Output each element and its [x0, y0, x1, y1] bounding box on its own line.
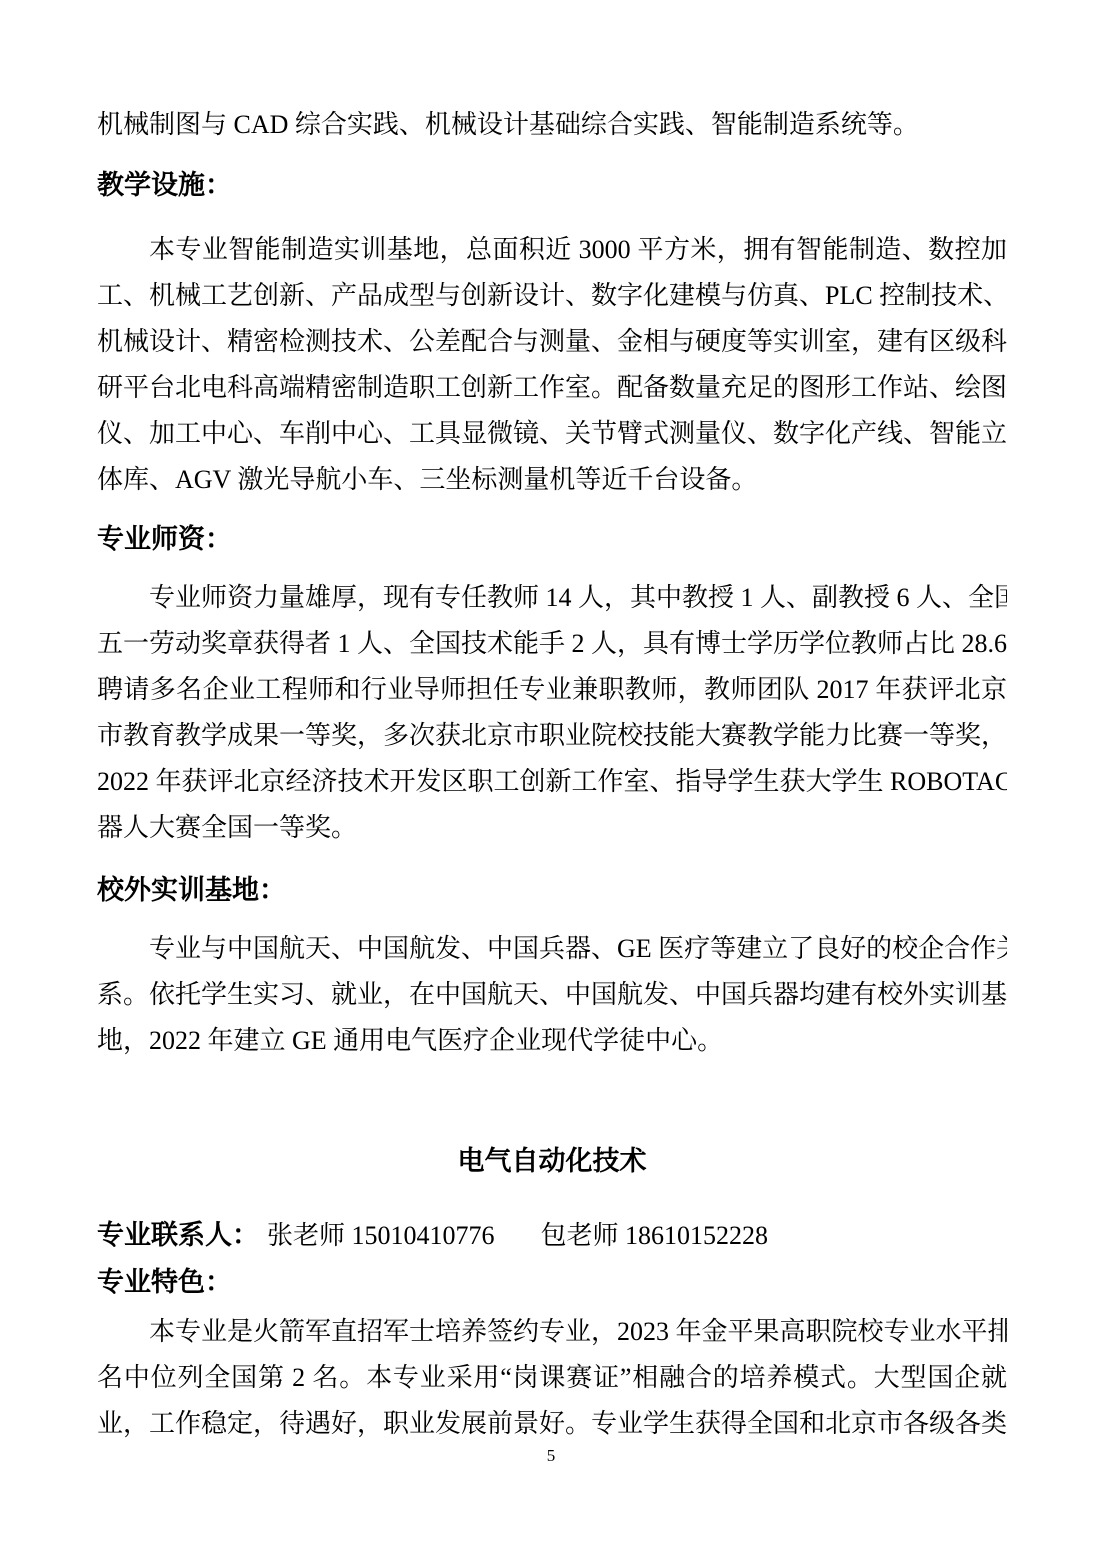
- paragraph-line: 器人大赛全国一等奖。: [97, 805, 1007, 851]
- paragraph-line: 专业与中国航天、中国航发、中国兵器、GE 医疗等建立了良好的校企合作关: [97, 926, 1007, 972]
- section-heading-training-bases: 校外实训基地：: [97, 867, 1007, 913]
- paragraph-line: 地，2022 年建立 GE 通用电气医疗企业现代学徒中心。: [97, 1018, 1007, 1064]
- section-heading-teaching-facilities: 教学设施：: [97, 162, 1007, 208]
- paragraph-teaching-facilities: 本专业智能制造实训基地，总面积近 3000 平方米，拥有智能制造、数控加 工、机…: [97, 227, 1007, 503]
- paragraph-line: 五一劳动奖章获得者 1 人、全国技术能手 2 人，具有博士学历学位教师占比 28…: [97, 621, 1007, 667]
- paragraph-line: 业，工作稳定，待遇好，职业发展前景好。专业学生获得全国和北京市各级各类: [97, 1401, 1007, 1447]
- paragraph-line: 机械制图与 CAD 综合实践、机械设计基础综合实践、智能制造系统等。: [97, 102, 1007, 148]
- paragraph-line: 市教育教学成果一等奖，多次获北京市职业院校技能大赛教学能力比赛一等奖，: [97, 713, 1007, 759]
- paragraph-line: 机械设计、精密检测技术、公差配合与测量、金相与硬度等实训室，建有区级科: [97, 319, 1007, 365]
- paragraph-line: 2022 年获评北京经济技术开发区职工创新工作室、指导学生获大学生 ROBOTA…: [97, 759, 1007, 805]
- contact-person-2: 包老师 18610152228: [541, 1221, 769, 1250]
- section-heading-features: 专业特色：: [97, 1259, 1007, 1305]
- contact-label: 专业联系人：: [97, 1220, 259, 1250]
- section-heading-faculty: 专业师资：: [97, 516, 1007, 562]
- paragraph-features: 本专业是火箭军直招军士培养签约专业，2023 年金平果高职院校专业水平排 名中位…: [97, 1309, 1007, 1447]
- paragraph-line: 仪、加工中心、车削中心、工具显微镜、关节臂式测量仪、数字化产线、智能立: [97, 411, 1007, 457]
- contact-line: 专业联系人：张老师 15010410776包老师 18610152228: [97, 1212, 1007, 1258]
- paragraph-line: 本专业智能制造实训基地，总面积近 3000 平方米，拥有智能制造、数控加: [97, 227, 1007, 273]
- page-number: 5: [0, 1444, 1102, 1468]
- paragraph-training-bases: 专业与中国航天、中国航发、中国兵器、GE 医疗等建立了良好的校企合作关 系。依托…: [97, 926, 1007, 1064]
- paragraph-line: 工、机械工艺创新、产品成型与创新设计、数字化建模与仿真、PLC 控制技术、: [97, 273, 1007, 319]
- document-page: 机械制图与 CAD 综合实践、机械设计基础综合实践、智能制造系统等。 教学设施：…: [0, 0, 1102, 1559]
- paragraph-line: 本专业是火箭军直招军士培养签约专业，2023 年金平果高职院校专业水平排: [97, 1309, 1007, 1355]
- paragraph-line: 聘请多名企业工程师和行业导师担任专业兼职教师，教师团队 2017 年获评北京: [97, 667, 1007, 713]
- paragraph-faculty: 专业师资力量雄厚，现有专任教师 14 人，其中教授 1 人、副教授 6 人、全国…: [97, 575, 1007, 851]
- paragraph-line: 系。依托学生实习、就业，在中国航天、中国航发、中国兵器均建有校外实训基: [97, 972, 1007, 1018]
- paragraph-line: 专业师资力量雄厚，现有专任教师 14 人，其中教授 1 人、副教授 6 人、全国: [97, 575, 1007, 621]
- program-title: 电气自动化技术: [97, 1138, 1007, 1184]
- paragraph-line: 研平台北电科高端精密制造职工创新工作室。配备数量充足的图形工作站、绘图: [97, 365, 1007, 411]
- contact-person-1: 张老师 15010410776: [267, 1221, 495, 1250]
- paragraph-line: 体库、AGV 激光导航小车、三坐标测量机等近千台设备。: [97, 457, 1007, 503]
- paragraph-line: 名中位列全国第 2 名。本专业采用“岗课赛证”相融合的培养模式。大型国企就: [97, 1355, 1007, 1401]
